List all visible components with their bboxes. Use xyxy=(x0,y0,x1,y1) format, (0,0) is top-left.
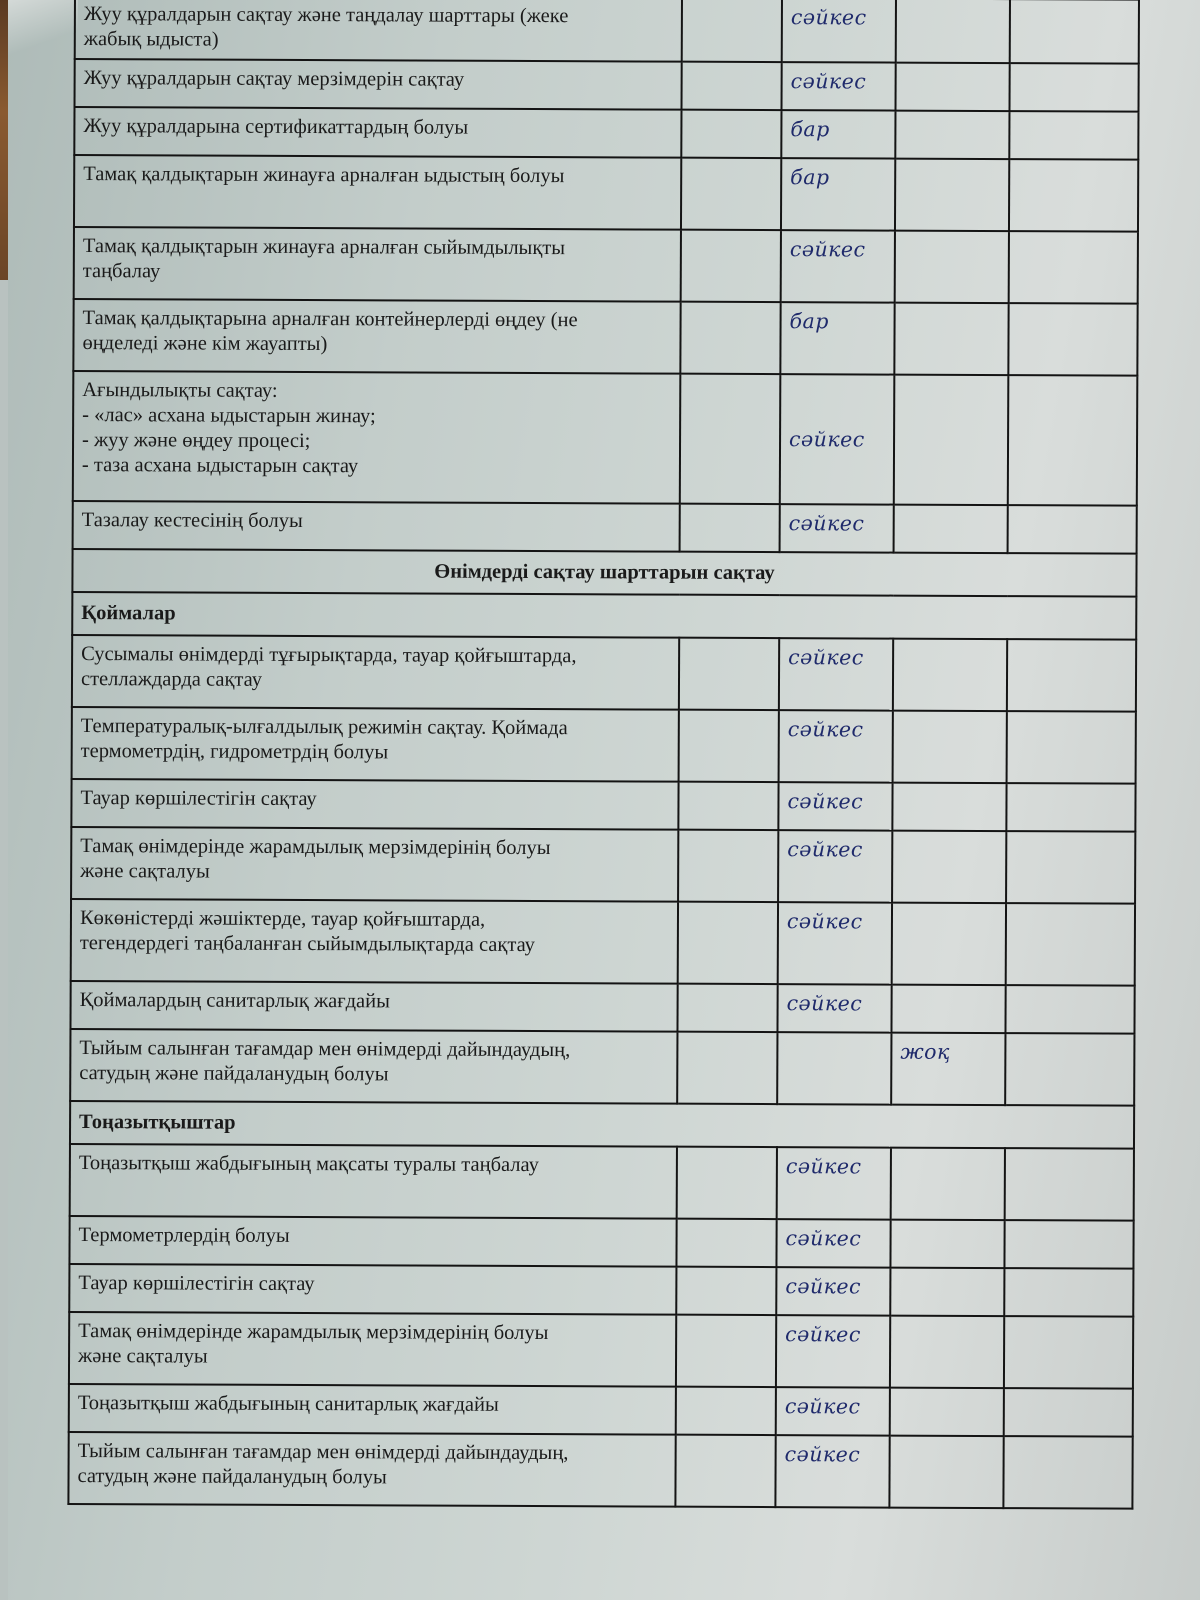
cell-empty xyxy=(675,1435,775,1507)
table-row: Тауар көршілестігін сақтаусәйкес xyxy=(71,779,1135,832)
handwritten-mark-col-b: сәйкес xyxy=(776,1315,890,1387)
table-row: Ағындылықты сақтау:- «лас» асхана ыдыста… xyxy=(73,371,1138,506)
requirement-line: Тауар көршілестігін сақтау xyxy=(78,1271,667,1299)
handwritten-mark-col-b: бар xyxy=(781,158,895,230)
table-row: Тоңазытқыш жабдығының мақсаты туралы таң… xyxy=(70,1144,1134,1221)
requirement-text: Тоңазытқыш жабдығының мақсаты туралы таң… xyxy=(70,1144,677,1219)
handwritten-mark-col-c xyxy=(890,1388,1004,1436)
table-row: Жуу құралдарына сертификаттардың болуыба… xyxy=(74,107,1138,160)
handwritten-mark-col-c xyxy=(890,1268,1004,1316)
requirement-line: Тамақ өнімдерінде жарамдылық мерзімдерін… xyxy=(80,834,669,862)
requirement-text: Қоймалардың санитарлық жағдайы xyxy=(70,981,677,1032)
requirement-line: стеллаждарда сақтау xyxy=(81,667,670,695)
handwritten-mark-col-d xyxy=(1009,111,1138,160)
cell-empty xyxy=(677,984,777,1032)
requirement-line: Ағындылықты сақтау: xyxy=(82,378,671,406)
table-row: Тоңазытқыш жабдығының санитарлық жағдайы… xyxy=(69,1384,1133,1437)
handwritten-mark-col-c xyxy=(892,903,1006,985)
handwritten-mark-col-c xyxy=(892,831,1006,903)
requirement-line: - таза асхана ыдыстарын сақтау xyxy=(82,453,671,481)
requirement-line: - «лас» асхана ыдыстарын жинау; xyxy=(82,403,671,431)
handwritten-mark-col-c xyxy=(890,1316,1004,1388)
table-row: Көкөністерді жәшіктерде, тауар қойғыштар… xyxy=(71,899,1135,986)
handwritten-mark-col-b: сәйкес xyxy=(776,1219,890,1267)
handwritten-mark-col-b: сәйкес xyxy=(777,984,891,1032)
handwritten-mark-col-d xyxy=(1009,159,1138,232)
handwritten-mark-col-d xyxy=(1005,1033,1134,1106)
requirement-text: Температуралық-ылғалдылық режимін сақтау… xyxy=(72,707,679,782)
handwritten-mark-col-b: сәйкес xyxy=(776,1267,890,1315)
handwritten-mark-col-b: сәйкес xyxy=(780,504,894,552)
handwritten-mark-col-b: сәйкес xyxy=(782,62,896,110)
requirement-line: Термометрлердің болуы xyxy=(79,1223,668,1251)
handwritten-mark-col-b: сәйкес xyxy=(778,830,892,902)
handwritten-mark-col-c xyxy=(890,1220,1004,1268)
requirement-line: Тамақ қалдықтарын жинауға арналған сыйым… xyxy=(83,234,672,262)
requirement-line: Тоңазытқыш жабдығының санитарлық жағдайы xyxy=(78,1391,667,1419)
requirement-text: Көкөністерді жәшіктерде, тауар қойғыштар… xyxy=(71,899,678,984)
handwritten-mark-col-d xyxy=(1008,505,1137,554)
cell-empty xyxy=(676,1267,776,1315)
handwritten-mark-col-d xyxy=(1006,903,1135,986)
requirement-line: Тоңазытқыш жабдығының мақсаты туралы таң… xyxy=(79,1151,668,1179)
table-row: Тауар көршілестігін сақтаусәйкес xyxy=(69,1264,1133,1317)
refrigerators-heading: Тоңазытқыштар xyxy=(70,1101,1134,1149)
requirement-line: Тауар көршілестігін сақтау xyxy=(80,786,669,814)
handwritten-mark-col-c xyxy=(889,1436,1003,1508)
requirement-line: Тыйым салынған тағамдар мен өнімдерді да… xyxy=(78,1439,667,1467)
checklist-table: Жуу құралдарын сақтау және таңдалау шарт… xyxy=(67,0,1140,1510)
table-row: Температуралық-ылғалдылық режимін сақтау… xyxy=(72,707,1136,784)
cleaning-section: Жуу құралдарын сақтау және таңдалау шарт… xyxy=(73,0,1139,554)
requirement-text: Тамақ қалдықтарын жинауға арналған ыдыст… xyxy=(74,155,681,230)
handwritten-mark-col-c xyxy=(893,639,1007,711)
requirement-line: таңбалау xyxy=(83,259,672,287)
requirement-text: Жуу құралдарын сақтау және таңдалау шарт… xyxy=(75,0,682,62)
handwritten-mark-col-c xyxy=(892,783,1006,831)
requirement-line: тегендердегі таңбаланған сыйымдылықтарда… xyxy=(80,931,669,959)
subsection-title-warehouses: Қоймалар xyxy=(72,592,1136,640)
cell-empty xyxy=(682,62,782,110)
requirement-text: Тамақ қалдықтарына арналған контейнерлер… xyxy=(73,299,680,374)
handwritten-mark-col-c xyxy=(896,0,1010,63)
requirement-text: Тамақ өнімдерінде жарамдылық мерзімдерін… xyxy=(69,1312,676,1387)
cell-empty xyxy=(679,710,779,782)
table-row: Тазалау кестесінің болуысәйкес xyxy=(73,501,1137,554)
cell-empty xyxy=(676,1219,776,1267)
requirement-line: Жуу құралдарына сертификаттардың болуы xyxy=(83,114,672,142)
cell-empty xyxy=(679,638,779,710)
handwritten-mark-col-c xyxy=(895,63,1009,111)
cell-empty xyxy=(680,374,781,504)
section-title: Өнімдерді сақтау шарттарын сақтау xyxy=(72,549,1136,597)
cell-empty xyxy=(678,782,778,830)
handwritten-mark-col-d xyxy=(1009,231,1138,304)
cell-empty xyxy=(677,1147,777,1219)
handwritten-mark-col-d xyxy=(1007,711,1136,784)
handwritten-mark-col-d xyxy=(1007,639,1136,712)
requirement-line: және сақталуы xyxy=(78,1344,667,1372)
handwritten-mark-col-b: сәйкес xyxy=(781,230,895,302)
handwritten-mark-col-b: сәйкес xyxy=(778,902,892,984)
table-row: Тамақ қалдықтарын жинауға арналған сыйым… xyxy=(74,227,1138,304)
handwritten-mark-col-d xyxy=(1009,63,1138,112)
warehouses-section: Сусымалы өнімдерді тұғырықтарда, тауар қ… xyxy=(70,635,1136,1106)
cell-empty xyxy=(681,110,781,158)
cell-empty xyxy=(681,230,781,302)
handwritten-mark-col-c xyxy=(891,985,1005,1033)
cell-empty xyxy=(676,1387,776,1435)
paper-shadow xyxy=(8,0,78,56)
handwritten-mark-col-c xyxy=(895,159,1009,231)
handwritten-mark-col-d xyxy=(1004,1316,1133,1389)
handwritten-mark-col-b: сәйкес xyxy=(778,782,892,830)
requirement-text: Жуу құралдарына сертификаттардың болуы xyxy=(74,107,681,158)
requirement-line: Көкөністерді жәшіктерде, тауар қойғыштар… xyxy=(80,906,669,934)
storage-section-heading: Өнімдерді сақтау шарттарын сақтау Қоймал… xyxy=(72,549,1136,640)
handwritten-mark-col-c xyxy=(895,111,1009,159)
table-row: Сусымалы өнімдерді тұғырықтарда, тауар қ… xyxy=(72,635,1136,712)
cell-empty xyxy=(682,0,782,62)
requirement-line: өңделеді және кім жауапты) xyxy=(82,331,671,359)
requirement-line: Қоймалардың санитарлық жағдайы xyxy=(80,988,669,1016)
requirement-line: сатудың және пайдаланудың болуы xyxy=(79,1061,668,1089)
inspection-checklist: Жуу құралдарын сақтау және таңдалау шарт… xyxy=(67,0,1138,1510)
requirement-text: Ағындылықты сақтау:- «лас» асхана ыдыста… xyxy=(73,371,681,504)
handwritten-mark-col-b: бар xyxy=(780,302,894,374)
requirement-line: Сусымалы өнімдерді тұғырықтарда, тауар қ… xyxy=(81,642,670,670)
table-row: Тыйым салынған тағамдар мен өнімдерді да… xyxy=(68,1432,1132,1509)
cell-empty xyxy=(678,902,778,984)
requirement-line: - жуу және өңдеу процесі; xyxy=(82,428,671,456)
handwritten-mark-col-b xyxy=(777,1032,891,1104)
handwritten-mark-col-b: сәйкес xyxy=(782,0,896,63)
handwritten-mark-col-d xyxy=(1010,0,1139,64)
table-row: Тамақ қалдықтарына арналған контейнерлер… xyxy=(73,299,1137,376)
handwritten-mark-col-c xyxy=(893,711,1007,783)
subsection-title-refrigerators: Тоңазытқыштар xyxy=(70,1101,1134,1149)
refrigerators-section: Тоңазытқыш жабдығының мақсаты туралы таң… xyxy=(68,1144,1134,1509)
requirement-text: Тауар көршілестігін сақтау xyxy=(69,1264,676,1315)
handwritten-mark-col-d xyxy=(1006,831,1135,904)
requirement-text: Сусымалы өнімдерді тұғырықтарда, тауар қ… xyxy=(72,635,679,710)
table-row: Тамақ өнімдерінде жарамдылық мерзімдерін… xyxy=(69,1312,1133,1389)
table-row: Жуу құралдарын сақтау мерзімдерін сақтау… xyxy=(75,59,1139,112)
handwritten-mark-col-c xyxy=(895,231,1009,303)
handwritten-mark-col-d xyxy=(1005,985,1134,1034)
handwritten-mark-col-d xyxy=(1006,783,1135,832)
cell-empty xyxy=(676,1315,776,1387)
requirement-line: Тамақ қалдықтарына арналған контейнерлер… xyxy=(83,306,672,334)
requirement-line: Тазалау кестесінің болуы xyxy=(82,508,671,536)
requirement-line: Тамақ өнімдерінде жарамдылық мерзімдерін… xyxy=(78,1319,667,1347)
handwritten-mark-col-c xyxy=(894,505,1008,553)
cell-empty xyxy=(677,1032,777,1104)
handwritten-mark-col-c xyxy=(891,1148,1005,1220)
handwritten-mark-col-d xyxy=(1004,1220,1133,1269)
requirement-text: Жуу құралдарын сақтау мерзімдерін сақтау xyxy=(75,59,682,110)
requirement-text: Тыйым салынған тағамдар мен өнімдерді да… xyxy=(70,1029,677,1104)
requirement-text: Тоңазытқыш жабдығының санитарлық жағдайы xyxy=(69,1384,676,1435)
handwritten-mark-col-b: бар xyxy=(781,110,895,158)
requirement-text: Термометрлердің болуы xyxy=(69,1216,676,1267)
requirement-line: және сақталуы xyxy=(80,859,669,887)
handwritten-mark-col-d xyxy=(1004,1388,1133,1437)
handwritten-mark-col-d xyxy=(1008,303,1137,376)
requirement-line: Жуу құралдарын сақтау мерзімдерін сақтау xyxy=(84,66,673,94)
cell-empty xyxy=(680,302,780,374)
requirement-line: сатудың және пайдаланудың болуы xyxy=(77,1464,666,1492)
table-row: Тыйым салынған тағамдар мен өнімдерді да… xyxy=(70,1029,1134,1106)
handwritten-mark-col-b: сәйкес xyxy=(777,1147,891,1219)
handwritten-mark-col-d xyxy=(1004,1268,1133,1317)
requirement-line: термометрдің, гидрометрдің болуы xyxy=(81,739,670,767)
cell-empty xyxy=(680,504,780,552)
handwritten-mark-col-b: сәйкес xyxy=(775,1435,889,1507)
handwritten-mark-col-c: жоқ xyxy=(891,1033,1005,1105)
table-row: Тамақ өнімдерінде жарамдылық мерзімдерін… xyxy=(71,827,1135,904)
handwritten-mark-col-c xyxy=(894,375,1009,505)
table-row: Термометрлердің болуысәйкес xyxy=(69,1216,1133,1269)
requirement-line: жабық ыдыста) xyxy=(84,27,673,55)
cell-empty xyxy=(678,830,778,902)
handwritten-mark-col-b: сәйкес xyxy=(776,1387,890,1435)
handwritten-mark-col-b: сәйкес xyxy=(779,638,893,710)
requirement-text: Тамақ қалдықтарын жинауға арналған сыйым… xyxy=(74,227,681,302)
handwritten-mark-col-b: сәйкес xyxy=(779,710,893,782)
table-row: Жуу құралдарын сақтау және таңдалау шарт… xyxy=(75,0,1139,64)
table-row: Қоймалардың санитарлық жағдайысәйкес xyxy=(70,981,1134,1034)
requirement-text: Тыйым салынған тағамдар мен өнімдерді да… xyxy=(68,1432,675,1507)
table-row: Тамақ қалдықтарын жинауға арналған ыдыст… xyxy=(74,155,1138,232)
requirement-line: Тамақ қалдықтарын жинауға арналған ыдыст… xyxy=(83,162,672,190)
handwritten-mark-col-d xyxy=(1003,1436,1132,1509)
requirement-line: Тыйым салынған тағамдар мен өнімдерді да… xyxy=(79,1036,668,1064)
cell-empty xyxy=(681,158,781,230)
requirement-text: Тазалау кестесінің болуы xyxy=(73,501,680,552)
requirement-text: Тамақ өнімдерінде жарамдылық мерзімдерін… xyxy=(71,827,678,902)
handwritten-mark-col-b: сәйкес xyxy=(780,374,895,504)
handwritten-mark-col-d xyxy=(1008,375,1138,506)
handwritten-mark-col-d xyxy=(1005,1148,1134,1221)
requirement-line: Температуралық-ылғалдылық режимін сақтау… xyxy=(81,714,670,742)
handwritten-mark-col-c xyxy=(894,303,1008,375)
requirement-text: Тауар көршілестігін сақтау xyxy=(71,779,678,830)
requirement-line: Жуу құралдарын сақтау және таңдалау шарт… xyxy=(84,2,673,30)
